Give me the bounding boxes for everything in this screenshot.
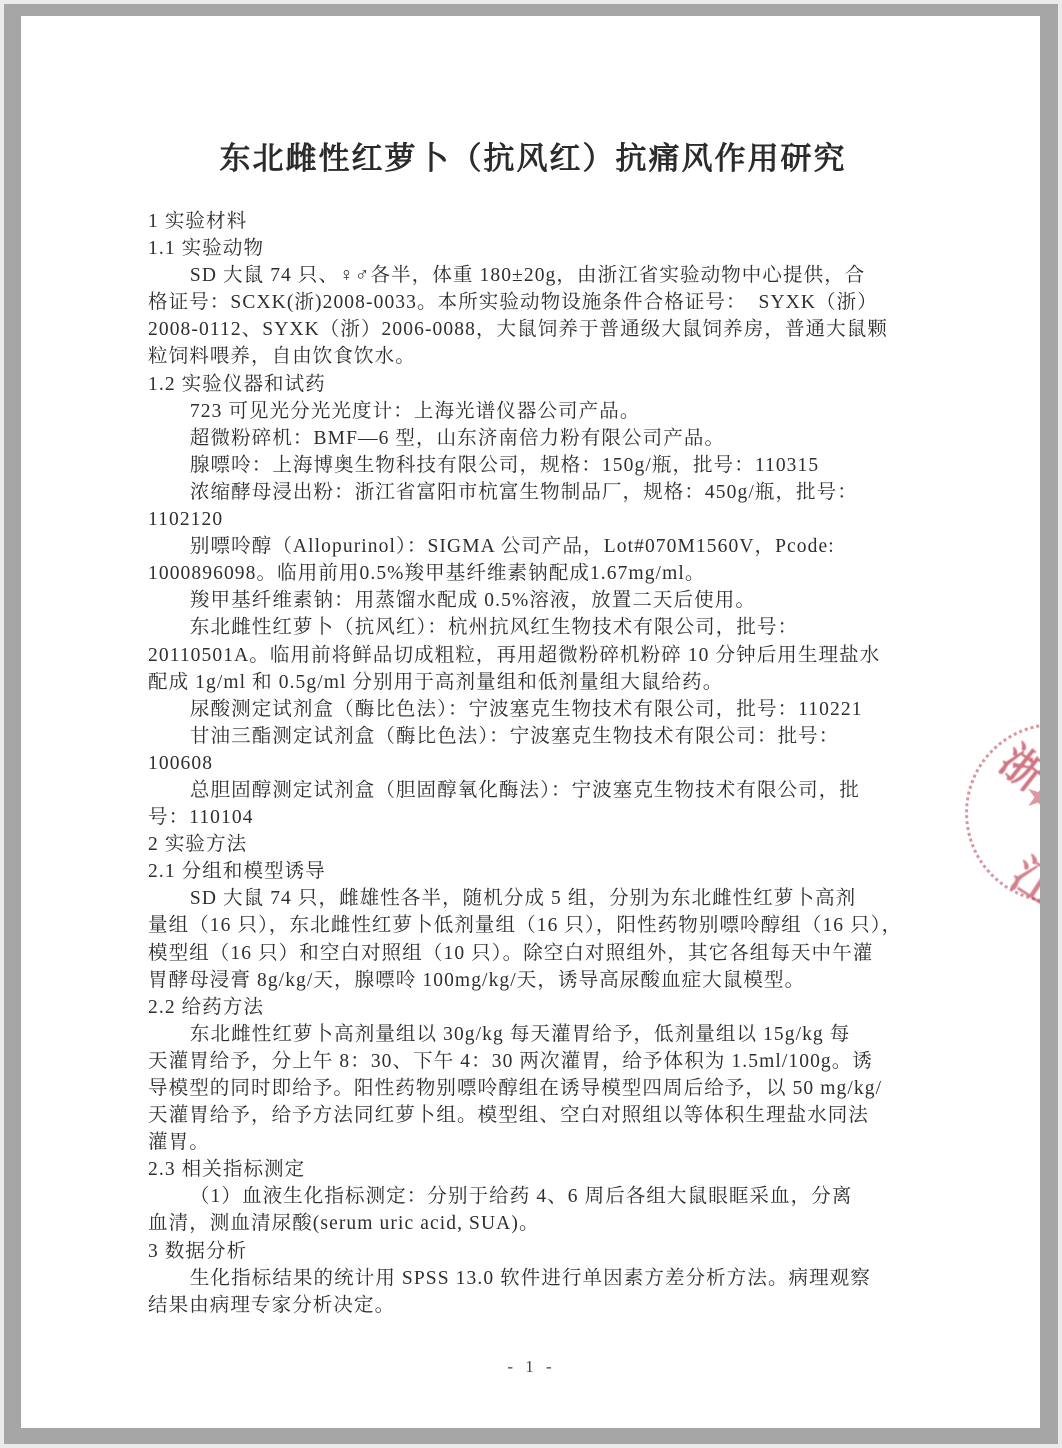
text-line: 腺嘌呤：上海博奥生物科技有限公司，规格：150g/瓶，批号：110315 (148, 452, 948, 479)
text-line: 723 可见光分光光度计：上海光谱仪器公司产品。 (148, 398, 948, 425)
text-line: 甘油三酯测定试剂盒（酶比色法）：宁波塞克生物技术有限公司：批号： (148, 723, 948, 750)
text-line: SD 大鼠 74 只、♀♂各半，体重 180±20g，由浙江省实验动物中心提供，… (148, 262, 948, 289)
text-line: 生化指标结果的统计用 SPSS 13.0 软件进行单因素方差分析方法。病理观察 (148, 1265, 948, 1292)
text-line: 量组（16 只），东北雌性红萝卜低剂量组（16 只），阳性药物别嘌呤醇组（16 … (148, 912, 948, 939)
text-line: SD 大鼠 74 只，雌雄性各半，随机分成 5 组，分别为东北雌性红萝卜高剂 (148, 885, 948, 912)
text-line: 尿酸测定试剂盒（酶比色法）：宁波塞克生物技术有限公司，批号：110221 (148, 696, 948, 723)
text-line: 东北雌性红萝卜高剂量组以 30g/kg 每天灌胃给予，低剂量组以 15g/kg … (148, 1021, 948, 1048)
text-line: 超微粉碎机：BMF—6 型，山东济南倍力粉有限公司产品。 (148, 425, 948, 452)
text-line: 粒饲料喂养，自由饮食饮水。 (148, 343, 948, 370)
text-line: 浓缩酵母浸出粉：浙江省富阳市杭富生物制品厂，规格：450g/瓶，批号： (148, 479, 948, 506)
text-line: 20110501A。临用前将鲜品切成粗粒，再用超微粉碎机粉碎 10 分钟后用生理… (148, 642, 948, 669)
text-line: 天灌胃给予，给予方法同红萝卜组。模型组、空白对照组以等体积生理盐水同法 (148, 1102, 948, 1129)
text-line: 1 实验材料 (148, 208, 948, 235)
page-number: - 1 - (148, 1357, 915, 1377)
text-line: 模型组（16 只）和空白对照组（10 只）。除空白对照组外，其它各组每天中午灌 (148, 940, 948, 967)
text-line: 格证号：SCXK(浙)2008-0033。本所实验动物设施条件合格证号： SYX… (148, 289, 948, 316)
text-line: 1.1 实验动物 (148, 235, 948, 262)
text-line: 1000896098。临用前用0.5%羧甲基纤维素钠配成1.67mg/ml。 (148, 560, 948, 587)
text-line: 2008-0112、SYXK（浙）2006-0088，大鼠饲养于普通级大鼠饲养房… (148, 316, 948, 343)
text-line: 100608 (148, 750, 948, 777)
text-line: 2.1 分组和模型诱导 (148, 858, 948, 885)
document-body: 1 实验材料1.1 实验动物SD 大鼠 74 只、♀♂各半，体重 180±20g… (148, 208, 948, 1319)
text-line: 1.2 实验仪器和试药 (148, 371, 948, 398)
text-line: 3 数据分析 (148, 1238, 948, 1265)
text-line: 羧甲基纤维素钠：用蒸馏水配成 0.5%溶液，放置二天后使用。 (148, 587, 948, 614)
text-line: 导模型的同时即给予。阳性药物别嘌呤醇组在诱导模型四周后给予，以 50 mg/kg… (148, 1075, 948, 1102)
text-line: 灌胃。 (148, 1129, 948, 1156)
text-line: 东北雌性红萝卜（抗风红）：杭州抗风红生物技术有限公司，批号： (148, 614, 948, 641)
text-line: 2 实验方法 (148, 831, 948, 858)
document-page: 东北雌性红萝卜（抗风红）抗痛风作用研究 1 实验材料1.1 实验动物SD 大鼠 … (21, 16, 1040, 1428)
text-line: 胃酵母浸膏 8g/kg/天，腺嘌呤 100mg/kg/天，诱导高尿酸血症大鼠模型… (148, 967, 948, 994)
text-line: 1102120 (148, 506, 948, 533)
text-line: 配成 1g/ml 和 0.5g/ml 分别用于高剂量组和低剂量组大鼠给药。 (148, 669, 948, 696)
text-line: 号：110104 (148, 804, 948, 831)
text-line: 结果由病理专家分析决定。 (148, 1292, 948, 1319)
text-line: 2.2 给药方法 (148, 994, 948, 1021)
text-line: 2.3 相关指标测定 (148, 1156, 948, 1183)
text-line: 别嘌呤醇（Allopurinol）：SIGMA 公司产品，Lot#070M156… (148, 533, 948, 560)
text-line: 总胆固醇测定试剂盒（胆固醇氧化酶法）：宁波塞克生物技术有限公司，批 (148, 777, 948, 804)
text-line: 血清，测血清尿酸(serum uric acid, SUA)。 (148, 1210, 948, 1237)
text-line: （1）血液生化指标测定：分别于给药 4、6 周后各组大鼠眼眶采血，分离 (148, 1183, 948, 1210)
document-title: 东北雌性红萝卜（抗风红）抗痛风作用研究 (138, 133, 928, 178)
text-line: 天灌胃给予，分上午 8：30、下午 4：30 两次灌胃，给予体积为 1.5ml/… (148, 1048, 948, 1075)
